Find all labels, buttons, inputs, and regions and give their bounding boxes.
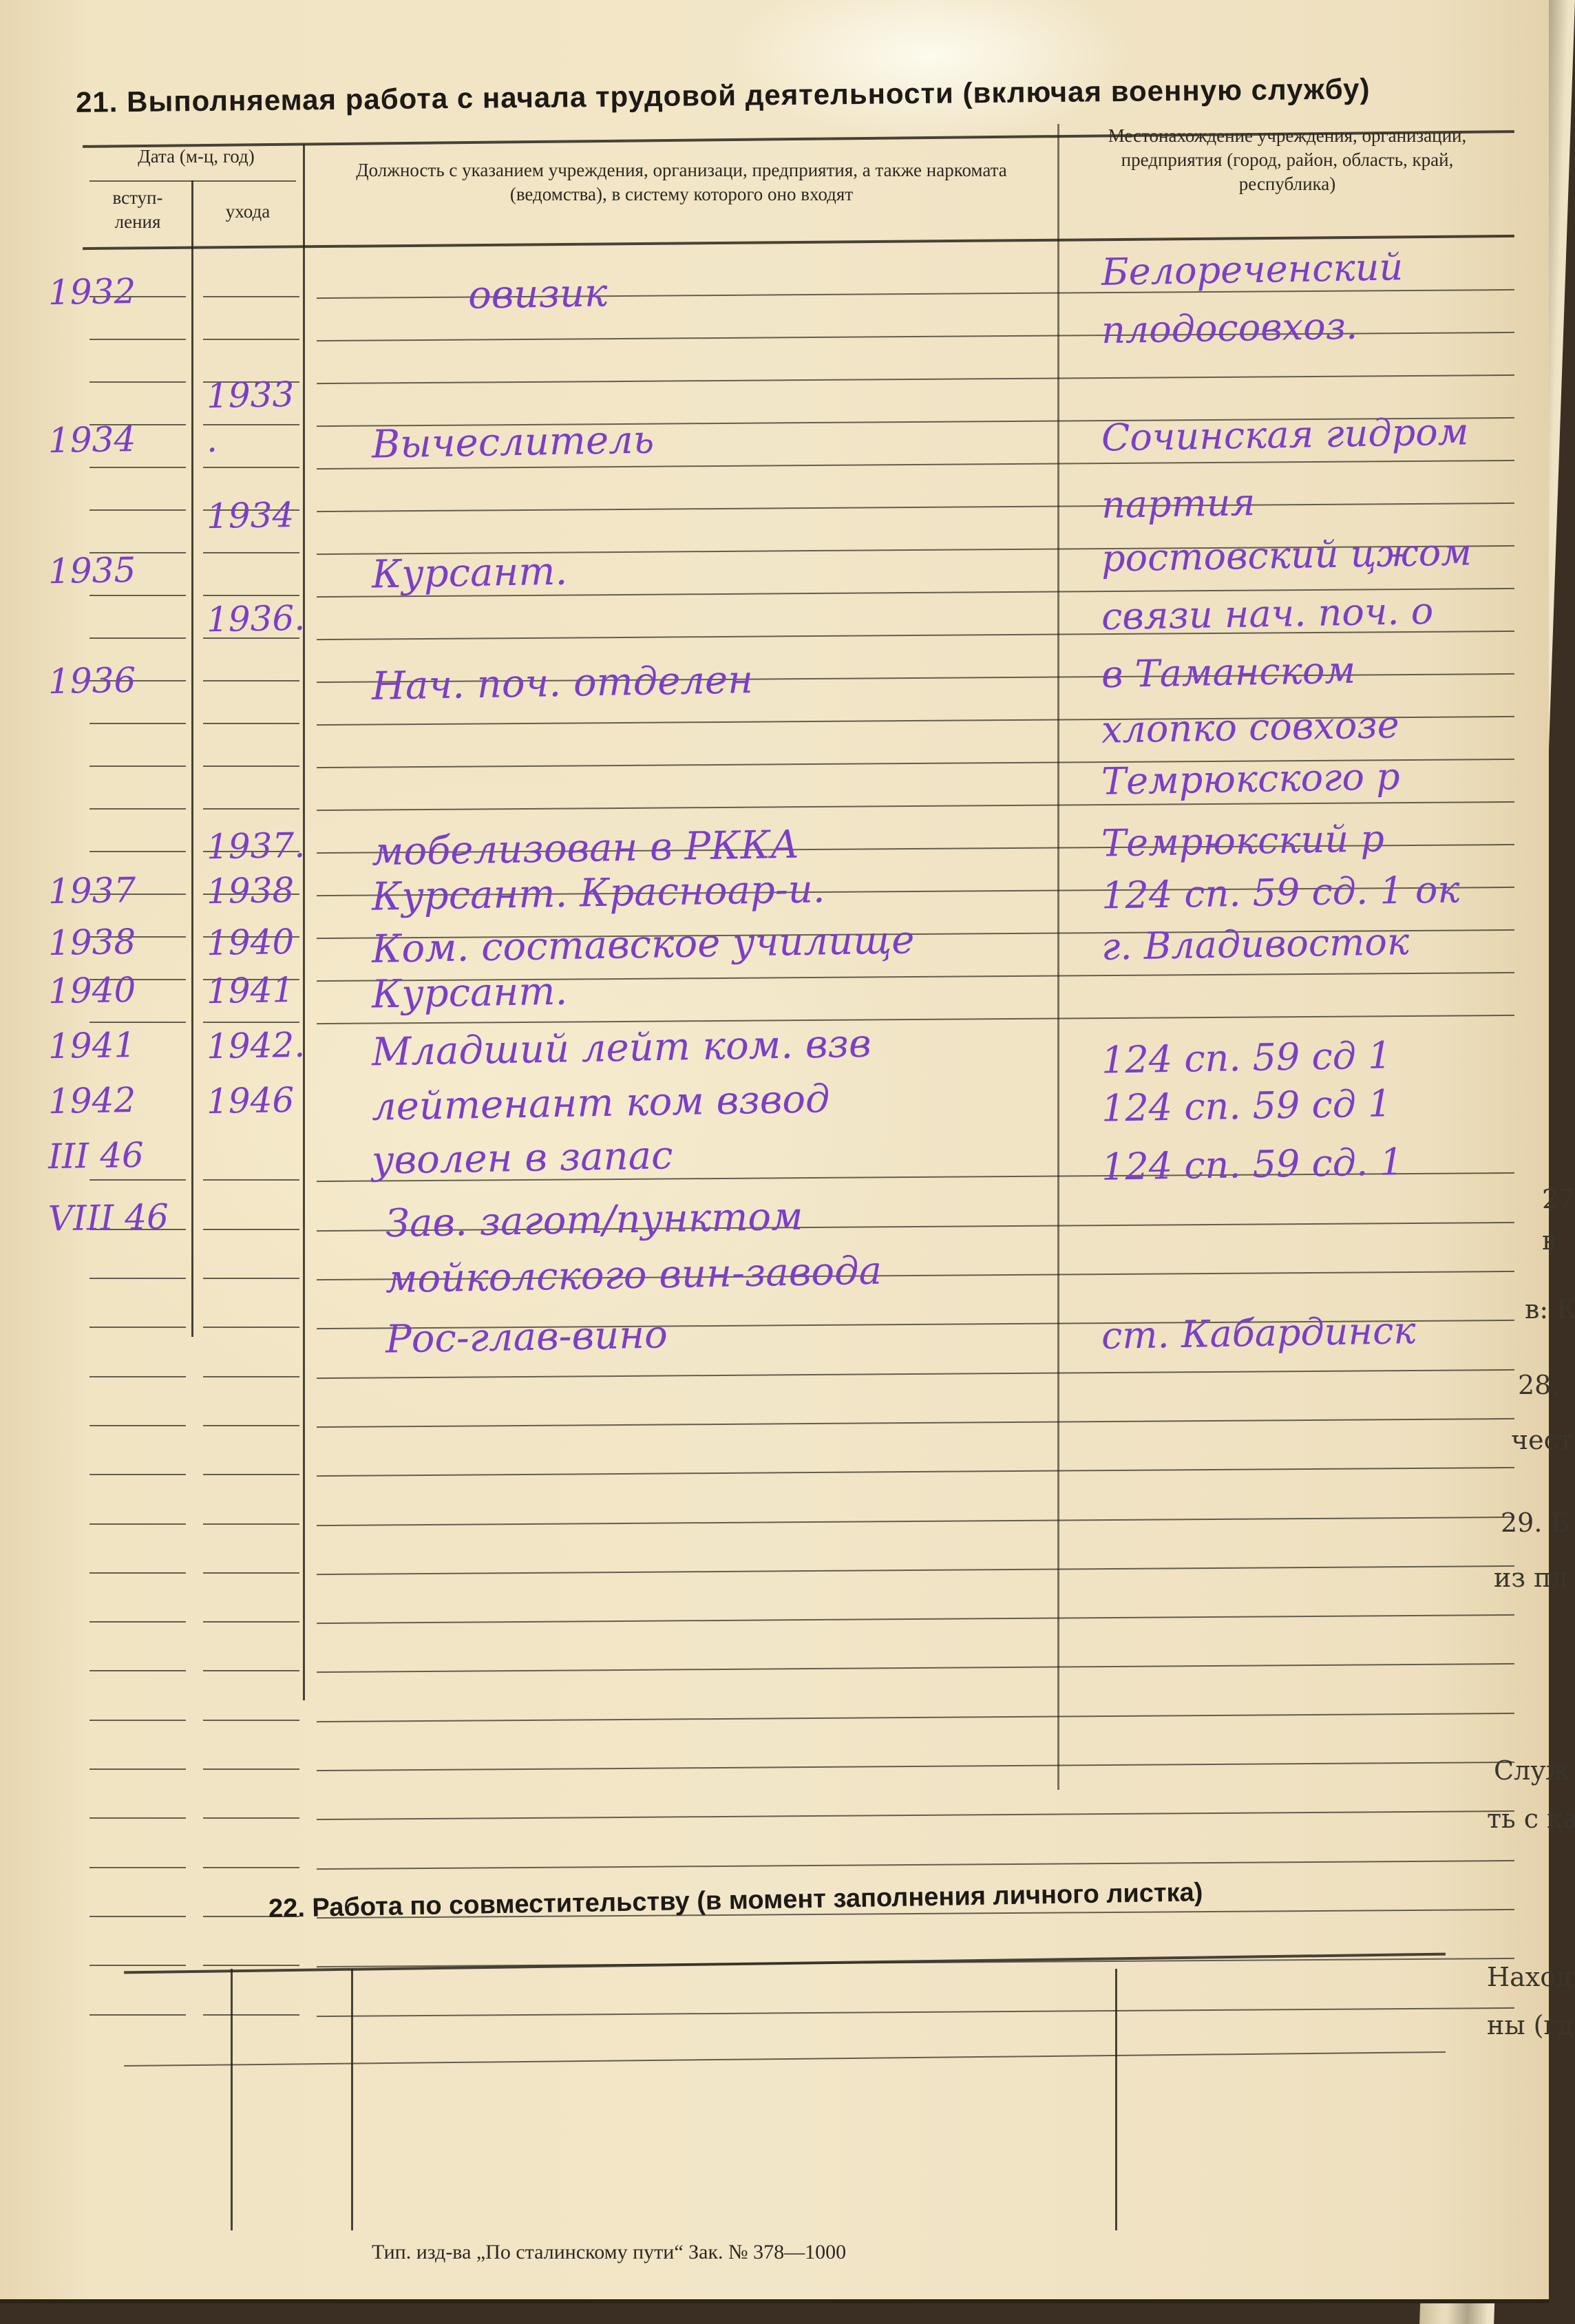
location-text: Сочинская гидром — [1101, 410, 1469, 459]
entry-date: 1935 — [48, 550, 136, 591]
section-22-col-2 — [351, 1969, 353, 2230]
entry-date: 1934 — [48, 419, 136, 461]
row-rule — [317, 1418, 1514, 1428]
entry-cell-rule — [89, 2014, 186, 2016]
col-divider-entry-exit — [191, 180, 193, 1337]
header-date-group: Дата (м-ц, год) — [93, 145, 299, 169]
entry-cell-rule — [89, 509, 186, 511]
entry-cell-rule — [89, 339, 186, 340]
location-text: Темрюкского р — [1101, 754, 1400, 803]
location-text: 124 сп. 59 сд. 1 ок — [1101, 867, 1460, 917]
col-divider-position-location — [1057, 124, 1059, 1790]
position-text: Вычеслитель — [371, 417, 654, 467]
entry-cell-rule — [89, 1965, 186, 1966]
exit-date: 1938 — [207, 870, 295, 911]
exit-cell-rule — [203, 1817, 299, 1819]
header-exit: ухода — [200, 200, 296, 224]
exit-cell-rule — [203, 765, 299, 767]
row-rule — [317, 1516, 1514, 1525]
exit-date: 1937. — [207, 825, 306, 867]
adjacent-fragment: Находи — [1487, 1962, 1575, 1992]
location-text: 124 сп. 59 сд. 1 — [1101, 1140, 1404, 1189]
entry-cell-rule — [89, 1670, 186, 1671]
row-rule — [317, 1467, 1514, 1477]
position-text: Младший лейт ком. взв — [371, 1022, 871, 1075]
exit-cell-rule — [203, 1720, 299, 1721]
row-rule — [317, 2007, 1514, 2016]
entry-date: VIII 46 — [48, 1196, 169, 1238]
position-text: Зав. загот/пунктом — [385, 1194, 803, 1247]
entry-cell-rule — [89, 1523, 186, 1525]
entry-cell-rule — [89, 1867, 186, 1868]
position-text: уволен в запас — [371, 1133, 673, 1183]
adjacent-fragment: 27 — [1542, 1184, 1575, 1214]
exit-cell-rule — [203, 1867, 299, 1868]
location-text: 124 сп. 59 сд 1 — [1101, 1081, 1391, 1130]
location-text: партия — [1101, 480, 1255, 527]
adjacent-fragment: ть с ка — [1487, 1804, 1575, 1834]
row-rule — [317, 1860, 1514, 1870]
entry-cell-rule — [89, 1768, 186, 1770]
exit-cell-rule — [203, 1768, 299, 1770]
adjacent-fragment: чест — [1511, 1425, 1573, 1455]
entry-cell-rule — [89, 723, 186, 724]
row-rule — [317, 1369, 1514, 1379]
exit-cell-rule — [203, 1965, 299, 1966]
entry-cell-rule — [89, 1720, 186, 1721]
exit-cell-rule — [203, 1278, 299, 1279]
entry-cell-rule — [89, 765, 186, 767]
exit-cell-rule — [203, 552, 299, 553]
row-rule — [317, 503, 1514, 512]
position-text: лейтенант ком взвод — [371, 1077, 830, 1130]
exit-cell-rule — [203, 424, 299, 425]
entry-date: 1937 — [48, 870, 136, 911]
entry-cell-rule — [89, 1022, 186, 1023]
section-22-col-3 — [1115, 1969, 1117, 2230]
entry-cell-rule — [89, 467, 186, 468]
exit-cell-rule — [203, 1425, 299, 1426]
entry-cell-rule — [89, 1425, 186, 1426]
entry-date: III 46 — [48, 1135, 145, 1176]
exit-date: 1940 — [207, 922, 295, 963]
position-text: мойколского вин-завода — [385, 1249, 882, 1302]
exit-date: 1936. — [207, 598, 306, 640]
location-text: г. Владивосток — [1101, 920, 1409, 969]
adjacent-fragment: 29. Б — [1501, 1508, 1569, 1538]
entry-cell-rule — [89, 1179, 186, 1181]
row-rule — [317, 1565, 1514, 1575]
section-22-title: 22. Работа по совместительству (в момент… — [268, 1878, 1203, 1924]
location-text: хлопко совхозе — [1101, 703, 1399, 752]
section-22-rule-top — [124, 1953, 1446, 1974]
adjacent-fragment: ны (где — [1487, 2010, 1575, 2040]
entry-date: 1941 — [48, 1025, 136, 1066]
printer-imprint: Тип. изд-ва „По сталинскому пути“ Зак. №… — [372, 2241, 846, 2264]
exit-cell-rule — [203, 595, 299, 596]
position-text: мобелизован в РККА — [371, 823, 799, 875]
exit-cell-rule — [203, 1474, 299, 1475]
exit-cell-rule — [203, 1327, 299, 1328]
entry-cell-rule — [89, 1621, 186, 1623]
entry-cell-rule — [89, 1327, 186, 1328]
row-rule — [317, 801, 1514, 811]
location-text: связи нач. поч. о — [1101, 589, 1433, 638]
exit-cell-rule — [203, 296, 299, 297]
location-text: ст. Кабардинск — [1101, 1309, 1416, 1358]
exit-cell-rule — [203, 680, 299, 682]
location-text: плодосовхоз. — [1101, 304, 1357, 352]
header-entry: вступ- ления — [89, 186, 186, 234]
position-text: Курсант. Краснoар-и. — [371, 867, 825, 919]
location-text: Белореченский — [1101, 245, 1403, 294]
exit-cell-rule — [203, 808, 299, 810]
exit-date: 1942. — [207, 1025, 306, 1066]
position-text: Нач. поч. отделен — [371, 657, 753, 709]
location-text: 124 сп. 59 сд 1 — [1101, 1033, 1391, 1081]
entry-cell-rule — [89, 595, 186, 596]
exit-cell-rule — [203, 1670, 299, 1671]
adjacent-fragment: в: К — [1525, 1294, 1575, 1324]
exit-cell-rule — [203, 1229, 299, 1230]
position-text: овизик — [467, 271, 608, 318]
exit-cell-rule — [203, 2014, 299, 2016]
exit-date: . — [206, 420, 218, 460]
entry-date: 1936 — [48, 660, 136, 701]
entry-cell-rule — [89, 1572, 186, 1574]
adjacent-fragment: Служ — [1494, 1755, 1570, 1786]
location-text: ростовский цжом — [1101, 530, 1472, 580]
row-rule — [317, 1762, 1514, 1771]
exit-cell-rule — [203, 1572, 299, 1574]
exit-cell-rule — [203, 467, 299, 468]
position-text: Курсант. — [371, 969, 567, 1017]
exit-cell-rule — [203, 1621, 299, 1623]
position-text: Ком. состaвское училище — [371, 918, 914, 972]
location-text: Темрюкский р — [1101, 816, 1384, 865]
col-divider-date-position — [303, 145, 305, 1700]
position-text: Рос-глав-вино — [385, 1312, 668, 1362]
adjacent-fragment: 28. — [1518, 1370, 1559, 1400]
exit-cell-rule — [203, 1022, 299, 1023]
document-page: 21. Выполняемая работа с начала трудовой… — [0, 0, 1549, 2303]
entry-cell-rule — [89, 637, 186, 639]
row-rule — [317, 1810, 1514, 1820]
exit-cell-rule — [203, 1179, 299, 1181]
row-rule — [317, 1015, 1514, 1024]
exit-date: 1946 — [207, 1080, 295, 1121]
entry-date: 1942 — [48, 1080, 136, 1121]
entry-cell-rule — [89, 808, 186, 810]
location-text: в Таманском — [1101, 648, 1355, 696]
entry-date: 1938 — [48, 922, 136, 963]
header-location: Местонахождение учреждения, организации,… — [1081, 124, 1494, 196]
entry-cell-rule — [89, 1817, 186, 1819]
entry-cell-rule — [89, 1376, 186, 1377]
exit-date: 1933 — [207, 374, 295, 416]
entry-cell-rule — [89, 381, 186, 383]
row-rule — [317, 1663, 1514, 1673]
row-rule — [317, 374, 1514, 384]
exit-date: 1934 — [207, 495, 295, 536]
entry-cell-rule — [89, 1916, 186, 1917]
row-rule — [317, 1614, 1514, 1624]
section-22-rule-mid — [124, 2051, 1446, 2067]
exit-cell-rule — [203, 1523, 299, 1525]
entry-cell-rule — [89, 1278, 186, 1279]
entry-cell-rule — [89, 1474, 186, 1475]
row-rule — [317, 1713, 1514, 1722]
exit-cell-rule — [203, 723, 299, 724]
entry-cell-rule — [89, 851, 186, 852]
entry-date: 1940 — [48, 970, 136, 1011]
exit-cell-rule — [203, 1376, 299, 1377]
adjacent-fragment: в — [1542, 1225, 1556, 1256]
header-position: Должность с указанием учреждения, органи… — [337, 158, 1026, 207]
adjacent-fragment: из пл — [1494, 1563, 1568, 1593]
exit-date: 1941 — [207, 970, 295, 1011]
section-22-col-1 — [231, 1969, 233, 2230]
section-21-title: 21. Выполняемая работа с начала трудовой… — [76, 72, 1371, 119]
exit-cell-rule — [203, 339, 299, 340]
entry-date: 1932 — [48, 271, 136, 313]
position-text: Курсант. — [371, 549, 567, 598]
